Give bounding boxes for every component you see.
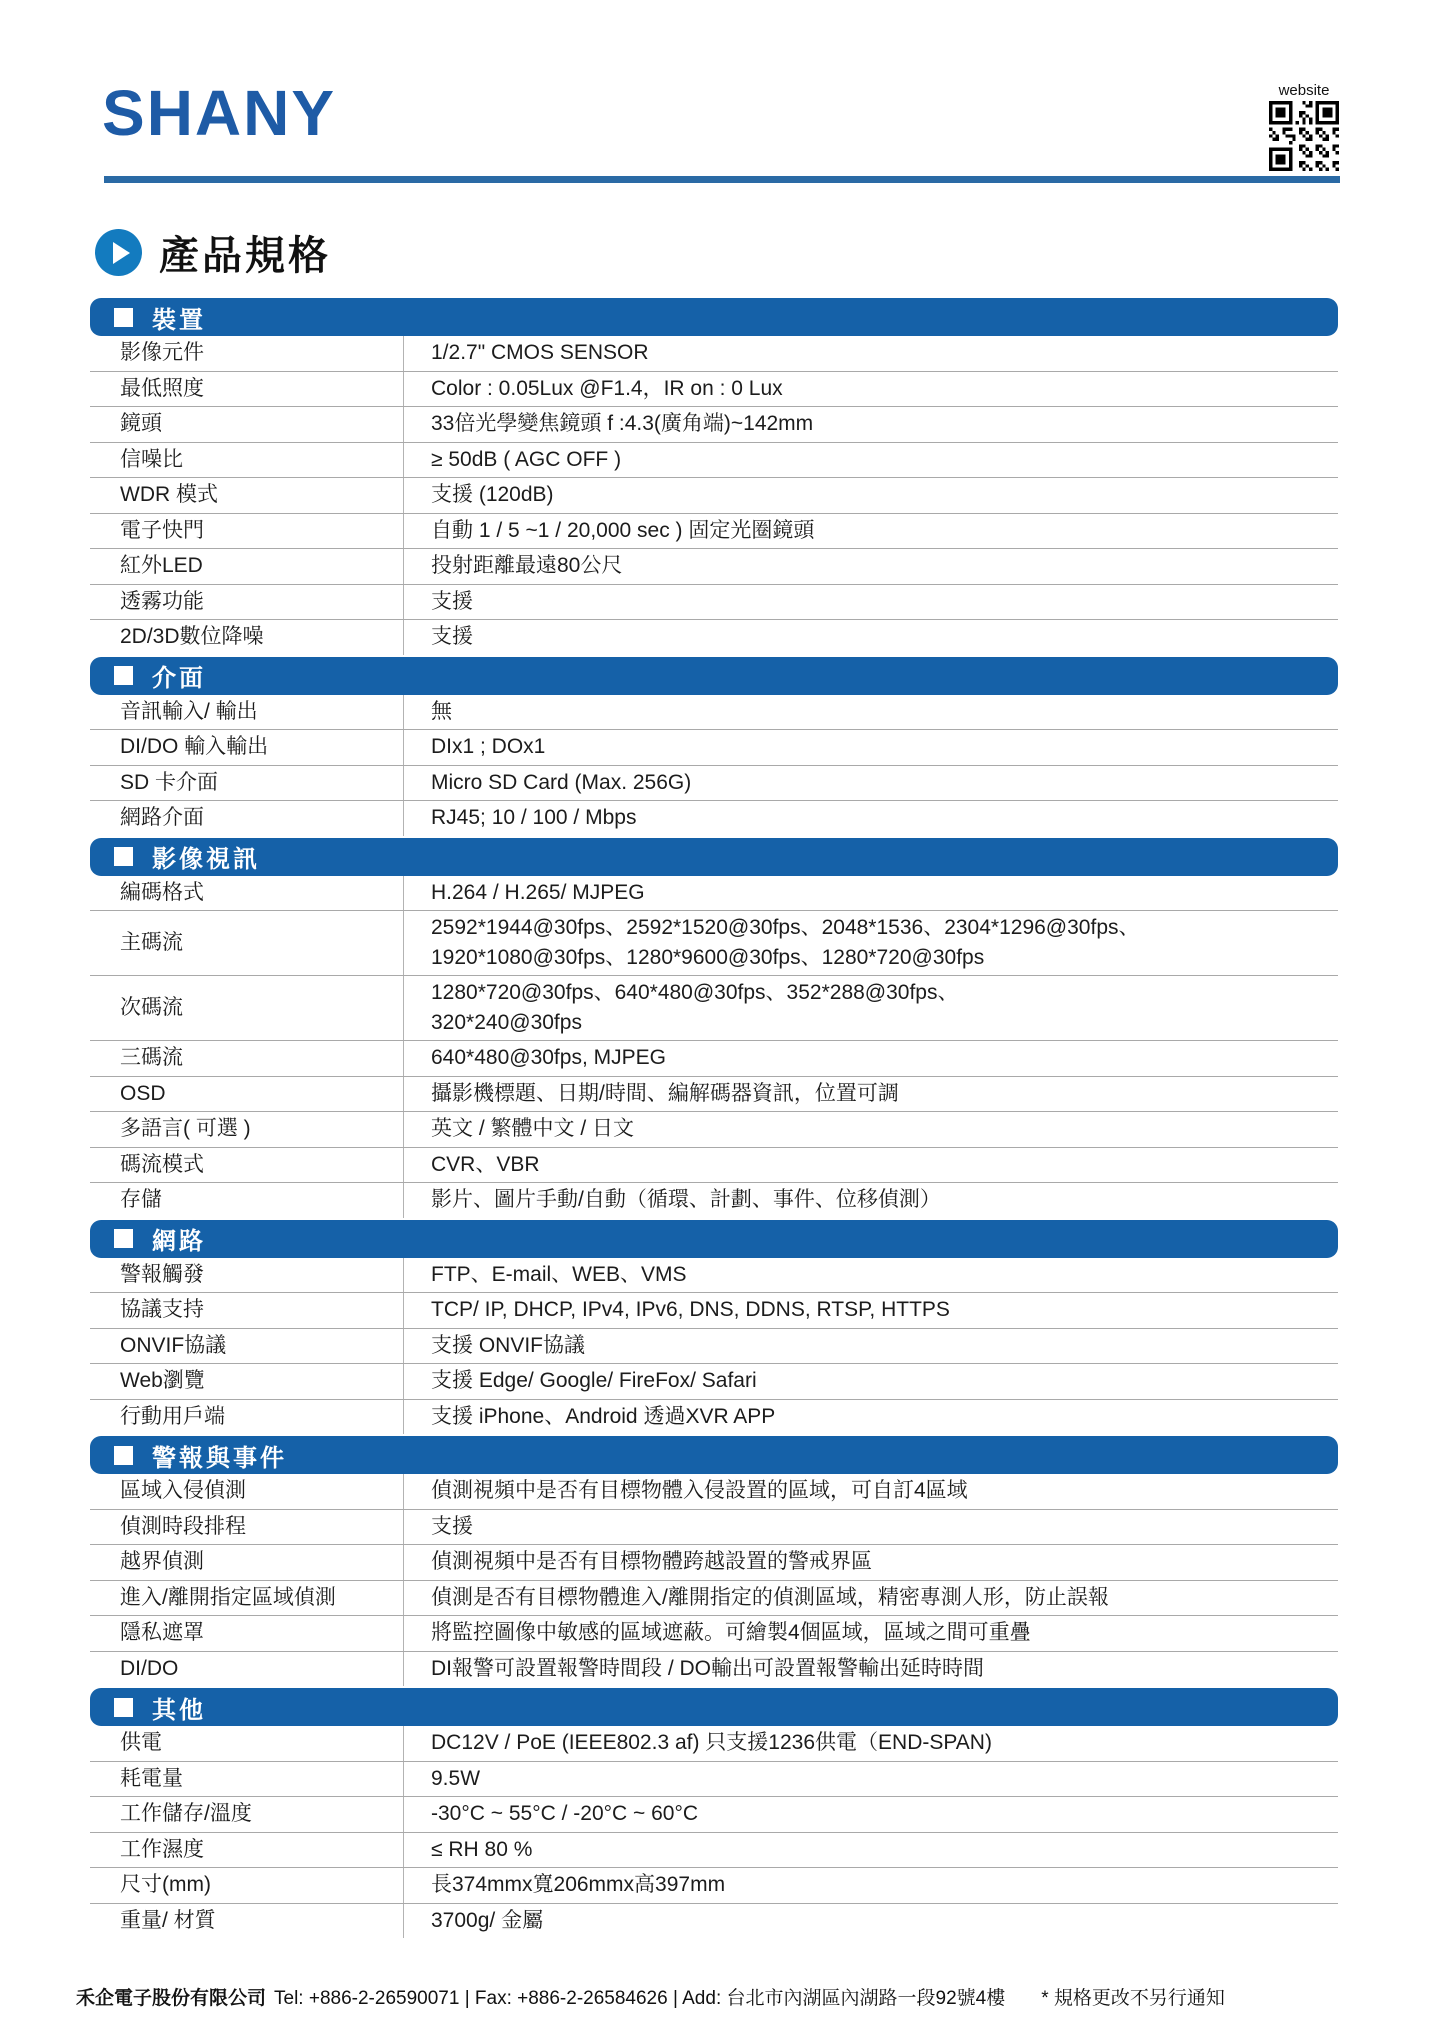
spec-value: DIx1 ; DOx1 (403, 730, 1338, 765)
spec-value: DC12V / PoE (IEEE802.3 af) 只支援1236供電（END… (403, 1726, 1338, 1761)
section-title: 影像視訊 (152, 839, 260, 874)
spec-value: 支援 Edge/ Google/ FireFox/ Safari (403, 1364, 1338, 1399)
spec-value: CVR、VBR (403, 1148, 1338, 1183)
spec-label: 進入/離開指定區域偵測 (90, 1581, 403, 1616)
spec-value: 9.5W (403, 1762, 1338, 1797)
spec-row: 電子快門自動 1 / 5 ~1 / 20,000 sec ) 固定光圈鏡頭 (90, 514, 1338, 550)
qr-code-icon (1269, 101, 1339, 171)
spec-row: SD 卡介面Micro SD Card (Max. 256G) (90, 766, 1338, 802)
spec-value: 支援 (403, 1510, 1338, 1545)
spec-value: 偵測視頻中是否有目標物體跨越設置的警戒界區 (403, 1545, 1338, 1580)
spec-label: 工作濕度 (90, 1833, 403, 1868)
spec-row: 區域入侵偵測偵測視頻中是否有目標物體入侵設置的區域，可自訂4區域 (90, 1474, 1338, 1510)
spec-value: Color : 0.05Lux @F1.4，IR on : 0 Lux (403, 372, 1338, 407)
spec-row: 鏡頭33倍光學變焦鏡頭 f :4.3(廣角端)~142mm (90, 407, 1338, 443)
section-table: 影像元件1/2.7" CMOS SENSOR最低照度Color : 0.05Lu… (90, 336, 1338, 655)
spec-row: 2D/3D數位降噪支援 (90, 620, 1338, 655)
spec-label: WDR 模式 (90, 478, 403, 513)
spec-row: 進入/離開指定區域偵測偵測是否有目標物體進入/離開指定的偵測區域，精密專測人形，… (90, 1581, 1338, 1617)
spec-value: 支援 (403, 620, 1338, 655)
spec-label: 耗電量 (90, 1762, 403, 1797)
spec-label: 次碼流 (90, 976, 403, 1040)
spec-label: 音訊輸入/ 輸出 (90, 695, 403, 730)
play-icon (95, 229, 142, 276)
spec-row: OSD攝影機標題、日期/時間、編解碼器資訊，位置可調 (90, 1077, 1338, 1113)
spec-label: 電子快門 (90, 514, 403, 549)
spec-row: 存儲影片、圖片手動/自動（循環、計劃、事件、位移偵測） (90, 1183, 1338, 1218)
spec-row: 行動用戶端支援 iPhone、Android 透過XVR APP (90, 1400, 1338, 1435)
spec-label: 主碼流 (90, 911, 403, 975)
spec-value: 33倍光學變焦鏡頭 f :4.3(廣角端)~142mm (403, 407, 1338, 442)
spec-label: 供電 (90, 1726, 403, 1761)
header-divider (104, 176, 1340, 183)
spec-value: DI報警可設置報警時間段 / DO輸出可設置報警輸出延時時間 (403, 1652, 1338, 1687)
footer-contact: Tel: +886-2-26590071 | Fax: +886-2-26584… (274, 1988, 1005, 2009)
spec-label: 重量/ 材質 (90, 1904, 403, 1939)
spec-value: 自動 1 / 5 ~1 / 20,000 sec ) 固定光圈鏡頭 (403, 514, 1338, 549)
section-title: 介面 (152, 658, 206, 693)
spec-row: 協議支持TCP/ IP, DHCP, IPv4, IPv6, DNS, DDNS… (90, 1293, 1338, 1329)
spec-value: 640*480@30fps, MJPEG (403, 1041, 1338, 1076)
spec-row: DI/DODI報警可設置報警時間段 / DO輸出可設置報警輸出延時時間 (90, 1652, 1338, 1687)
spec-row: 隱私遮罩將監控圖像中敏感的區域遮蔽。可繪製4個區域，區域之間可重疊 (90, 1616, 1338, 1652)
spec-value: ≤ RH 80 % (403, 1833, 1338, 1868)
spec-value: FTP、E-mail、WEB、VMS (403, 1258, 1338, 1293)
spec-row: 編碼格式H.264 / H.265/ MJPEG (90, 876, 1338, 912)
spec-label: 最低照度 (90, 372, 403, 407)
section-header: 裝置 (90, 298, 1338, 336)
white-square-bullet-icon (114, 1446, 133, 1465)
spec-label: 存儲 (90, 1183, 403, 1218)
spec-label: 偵測時段排程 (90, 1510, 403, 1545)
spec-label: 工作儲存/溫度 (90, 1797, 403, 1832)
spec-value: 英文 / 繁體中文 / 日文 (403, 1112, 1338, 1147)
spec-row: 工作濕度≤ RH 80 % (90, 1833, 1338, 1869)
footer: 禾企電子股份有限公司Tel: +886-2-26590071 | Fax: +8… (76, 1983, 1380, 2010)
spec-row: 次碼流1280*720@30fps、640*480@30fps、352*288@… (90, 976, 1338, 1041)
section-title: 警報與事件 (152, 1438, 287, 1473)
spec-value: 2592*1944@30fps、2592*1520@30fps、2048*153… (403, 911, 1338, 975)
spec-row: 音訊輸入/ 輸出無 (90, 695, 1338, 731)
spec-label: 警報觸發 (90, 1258, 403, 1293)
spec-label: 尺寸(mm) (90, 1868, 403, 1903)
spec-label: 越界偵測 (90, 1545, 403, 1580)
spec-row: 影像元件1/2.7" CMOS SENSOR (90, 336, 1338, 372)
spec-value: 攝影機標題、日期/時間、編解碼器資訊，位置可調 (403, 1077, 1338, 1112)
spec-value: 投射距離最遠80公尺 (403, 549, 1338, 584)
spec-row: 三碼流640*480@30fps, MJPEG (90, 1041, 1338, 1077)
spec-row: 供電DC12V / PoE (IEEE802.3 af) 只支援1236供電（E… (90, 1726, 1338, 1762)
spec-value: 3700g/ 金屬 (403, 1904, 1338, 1939)
spec-row: 偵測時段排程支援 (90, 1510, 1338, 1546)
spec-label: 透霧功能 (90, 585, 403, 620)
spec-sections: 裝置影像元件1/2.7" CMOS SENSOR最低照度Color : 0.05… (90, 296, 1338, 1938)
spec-label: 區域入侵偵測 (90, 1474, 403, 1509)
spec-value: Micro SD Card (Max. 256G) (403, 766, 1338, 801)
spec-value: 影片、圖片手動/自動（循環、計劃、事件、位移偵測） (403, 1183, 1338, 1218)
spec-value: 支援 (120dB) (403, 478, 1338, 513)
spec-label: 碼流模式 (90, 1148, 403, 1183)
spec-label: Web瀏覽 (90, 1364, 403, 1399)
section-header: 其他 (90, 1688, 1338, 1726)
spec-value: RJ45; 10 / 100 / Mbps (403, 801, 1338, 836)
spec-label: 協議支持 (90, 1293, 403, 1328)
brand-logo: SHANY (102, 76, 336, 150)
spec-label: 2D/3D數位降噪 (90, 620, 403, 655)
page-title-row: 產品規格 (95, 224, 331, 281)
spec-value: -30°C ~ 55°C / -20°C ~ 60°C (403, 1797, 1338, 1832)
spec-label: 行動用戶端 (90, 1400, 403, 1435)
spec-row: 網路介面RJ45; 10 / 100 / Mbps (90, 801, 1338, 836)
spec-label: DI/DO 輸入輸出 (90, 730, 403, 765)
spec-row: 多語言( 可選 )英文 / 繁體中文 / 日文 (90, 1112, 1338, 1148)
spec-label: OSD (90, 1077, 403, 1112)
spec-label: 影像元件 (90, 336, 403, 371)
spec-label: 三碼流 (90, 1041, 403, 1076)
white-square-bullet-icon (114, 308, 133, 327)
spec-row: DI/DO 輸入輸出DIx1 ; DOx1 (90, 730, 1338, 766)
section-table: 供電DC12V / PoE (IEEE802.3 af) 只支援1236供電（E… (90, 1726, 1338, 1938)
white-square-bullet-icon (114, 666, 133, 685)
spec-label: ONVIF協議 (90, 1329, 403, 1364)
spec-row: 耗電量9.5W (90, 1762, 1338, 1798)
section-table: 警報觸發FTP、E-mail、WEB、VMS協議支持TCP/ IP, DHCP,… (90, 1258, 1338, 1435)
qr-label: website (1268, 82, 1340, 99)
section-table: 區域入侵偵測偵測視頻中是否有目標物體入侵設置的區域，可自訂4區域偵測時段排程支援… (90, 1474, 1338, 1686)
section-title: 裝置 (152, 300, 206, 335)
section-header: 網路 (90, 1220, 1338, 1258)
spec-row: 信噪比≥ 50dB ( AGC OFF ) (90, 443, 1338, 479)
section-title: 網路 (152, 1221, 206, 1256)
white-square-bullet-icon (114, 1229, 133, 1248)
spec-label: 網路介面 (90, 801, 403, 836)
spec-value: 偵測是否有目標物體進入/離開指定的偵測區域，精密專測人形，防止誤報 (403, 1581, 1338, 1616)
spec-row: 主碼流2592*1944@30fps、2592*1520@30fps、2048*… (90, 911, 1338, 976)
spec-row: ONVIF協議支援 ONVIF協議 (90, 1329, 1338, 1365)
spec-label: 多語言( 可選 ) (90, 1112, 403, 1147)
spec-label: SD 卡介面 (90, 766, 403, 801)
spec-row: WDR 模式支援 (120dB) (90, 478, 1338, 514)
spec-value: 將監控圖像中敏感的區域遮蔽。可繪製4個區域，區域之間可重疊 (403, 1616, 1338, 1651)
spec-value: TCP/ IP, DHCP, IPv4, IPv6, DNS, DDNS, RT… (403, 1293, 1338, 1328)
page-title: 產品規格 (159, 224, 331, 281)
spec-row: 最低照度Color : 0.05Lux @F1.4，IR on : 0 Lux (90, 372, 1338, 408)
spec-row: 紅外LED投射距離最遠80公尺 (90, 549, 1338, 585)
spec-value: 無 (403, 695, 1338, 730)
section-header: 介面 (90, 657, 1338, 695)
spec-row: 尺寸(mm)長374mmx寬206mmx高397mm (90, 1868, 1338, 1904)
spec-row: 越界偵測偵測視頻中是否有目標物體跨越設置的警戒界區 (90, 1545, 1338, 1581)
spec-label: 鏡頭 (90, 407, 403, 442)
spec-row: Web瀏覽支援 Edge/ Google/ FireFox/ Safari (90, 1364, 1338, 1400)
spec-value: 長374mmx寬206mmx高397mm (403, 1868, 1338, 1903)
spec-label: 編碼格式 (90, 876, 403, 911)
footer-company: 禾企電子股份有限公司 (76, 1988, 266, 2009)
spec-value: 1/2.7" CMOS SENSOR (403, 336, 1338, 371)
section-header: 影像視訊 (90, 838, 1338, 876)
section-header: 警報與事件 (90, 1436, 1338, 1474)
spec-value: H.264 / H.265/ MJPEG (403, 876, 1338, 911)
footer-note: * 規格更改不另行通知 (1041, 1988, 1225, 2009)
white-square-bullet-icon (114, 1698, 133, 1717)
spec-value: 1280*720@30fps、640*480@30fps、352*288@30f… (403, 976, 1338, 1040)
spec-value: 支援 iPhone、Android 透過XVR APP (403, 1400, 1338, 1435)
spec-label: 信噪比 (90, 443, 403, 478)
spec-row: 透霧功能支援 (90, 585, 1338, 621)
spec-value: 偵測視頻中是否有目標物體入侵設置的區域，可自訂4區域 (403, 1474, 1338, 1509)
spec-row: 碼流模式CVR、VBR (90, 1148, 1338, 1184)
spec-row: 警報觸發FTP、E-mail、WEB、VMS (90, 1258, 1338, 1294)
spec-label: DI/DO (90, 1652, 403, 1687)
white-square-bullet-icon (114, 847, 133, 866)
spec-row: 重量/ 材質3700g/ 金屬 (90, 1904, 1338, 1939)
spec-value: 支援 (403, 585, 1338, 620)
section-title: 其他 (152, 1690, 206, 1725)
spec-row: 工作儲存/溫度-30°C ~ 55°C / -20°C ~ 60°C (90, 1797, 1338, 1833)
spec-label: 隱私遮罩 (90, 1616, 403, 1651)
spec-value: ≥ 50dB ( AGC OFF ) (403, 443, 1338, 478)
section-table: 音訊輸入/ 輸出無DI/DO 輸入輸出DIx1 ; DOx1SD 卡介面Micr… (90, 695, 1338, 836)
spec-value: 支援 ONVIF協議 (403, 1329, 1338, 1364)
section-table: 編碼格式H.264 / H.265/ MJPEG主碼流2592*1944@30f… (90, 876, 1338, 1218)
spec-label: 紅外LED (90, 549, 403, 584)
website-qr-block: website (1268, 82, 1340, 171)
